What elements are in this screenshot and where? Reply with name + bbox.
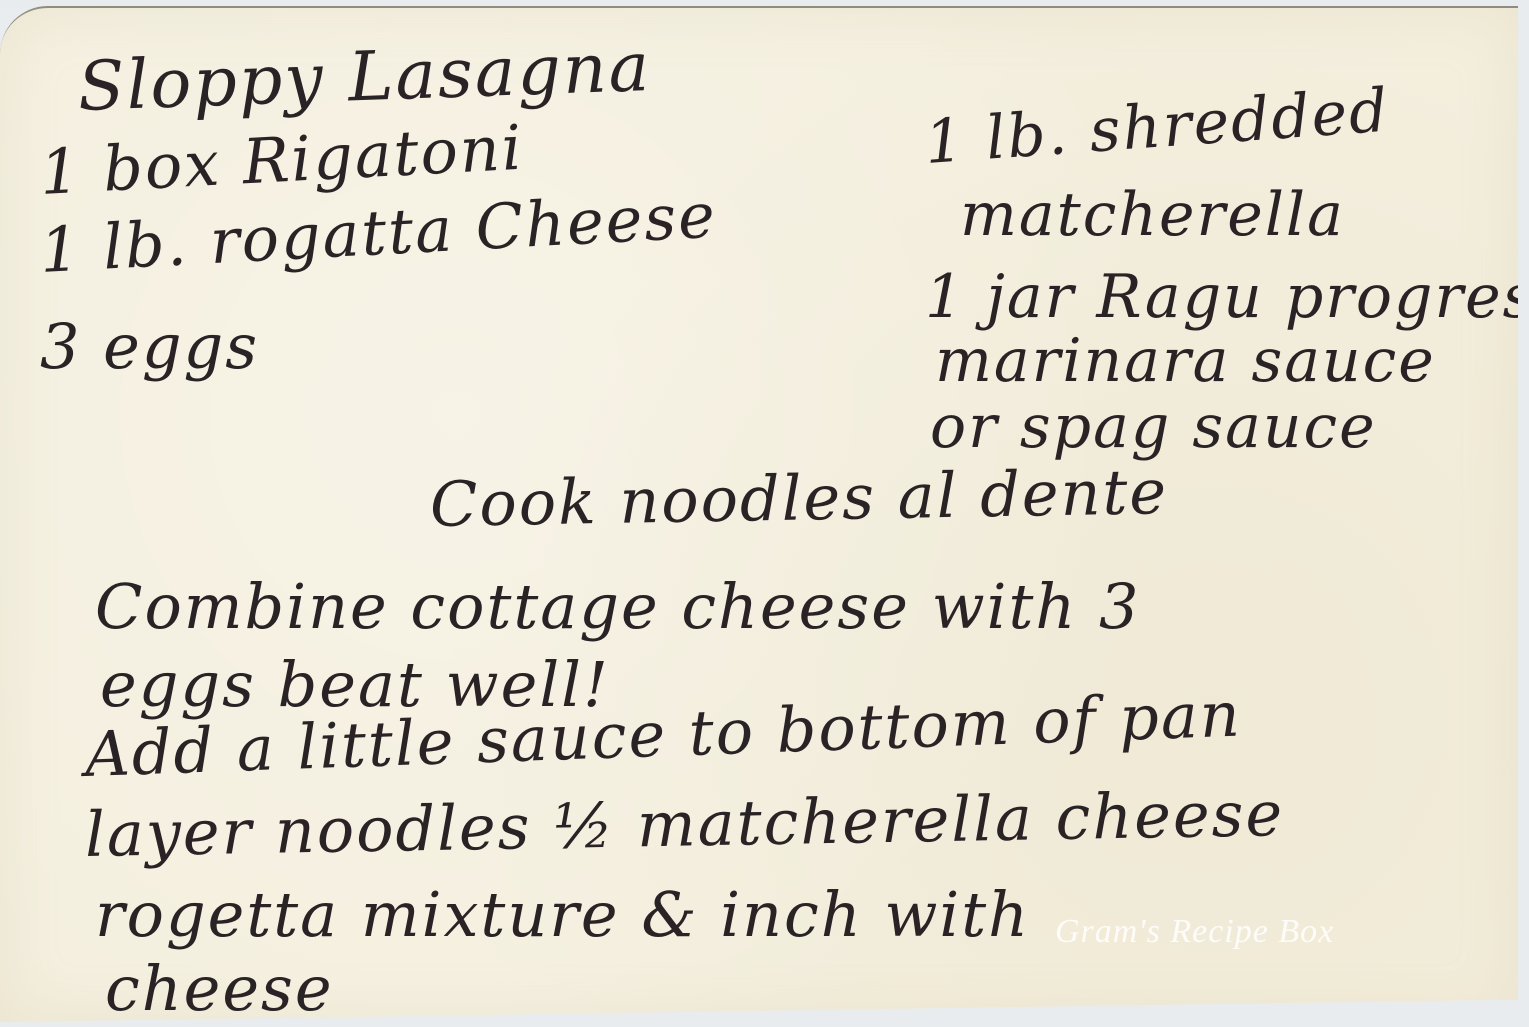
instruction-2: Combine cottage cheese with 3 (95, 570, 1141, 643)
ingredient-spag-sauce: or spag sauce (930, 392, 1377, 462)
instruction-7: cheese (105, 952, 334, 1025)
ingredient-marinara: marinara sauce (935, 326, 1436, 396)
ingredient-mozzarella: matcherella (960, 180, 1345, 250)
watermark: Gram's Recipe Box (1055, 913, 1334, 951)
recipe-title: Sloppy Lasagna (77, 28, 653, 127)
instruction-5: layer noodles ½ matcherella cheese (84, 777, 1284, 871)
ingredient-sauce-jar: 1 jar Ragu progresso (925, 262, 1529, 332)
ingredient-shredded: 1 lb. shredded (923, 76, 1392, 178)
ingredient-eggs: 3 eggs (40, 310, 259, 383)
instruction-6: rogetta mixture & inch with (95, 878, 1030, 951)
recipe-card: Sloppy Lasagna 1 box Rigatoni 1 lb. roga… (0, 6, 1518, 1022)
instruction-1: Cook noodles al dente (429, 455, 1168, 541)
